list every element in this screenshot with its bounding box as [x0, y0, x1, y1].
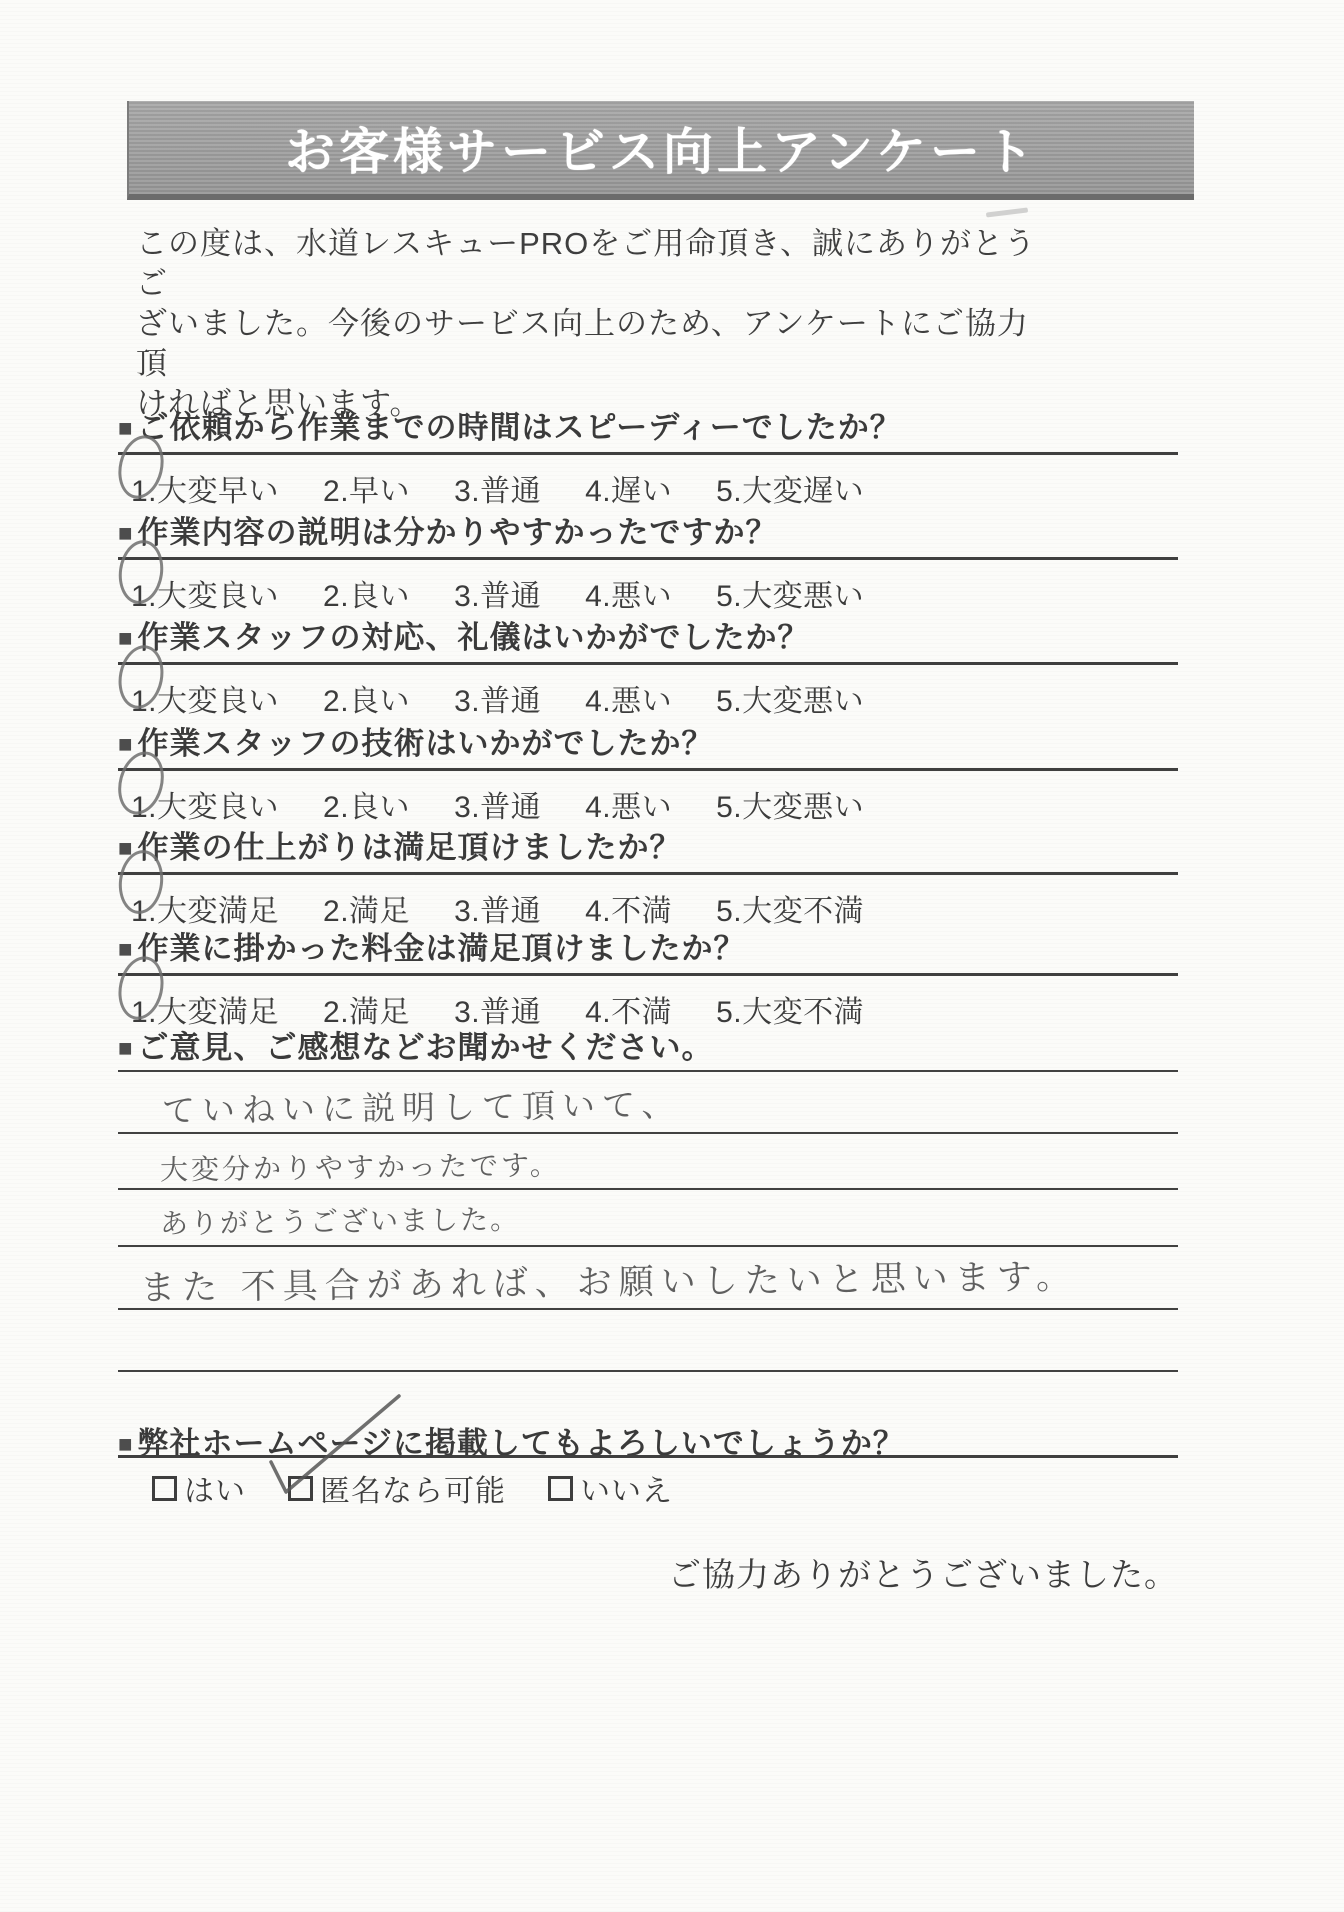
handwritten-comment-line: また 不具合があれば、お願いしたいと思います。: [140, 1249, 1078, 1310]
question-explanation: 作業内容の説明は分かりやすかったですか？ 1.大変良い 2.良い 3.普通 4.…: [118, 507, 1196, 615]
rating-option: 5.大変悪い: [716, 676, 864, 720]
footer-thanks: ご協力ありがとうございました。: [668, 1549, 1178, 1596]
divider-line: [118, 1455, 1178, 1458]
intro-line: この度は、水道レスキューPROをご用命頂き、誠にありがとうご: [136, 224, 1036, 304]
question-price-satisfaction: 作業に掛かった料金は満足頂けましたか？ 1.大変満足 2.満足 3.普通 4.不…: [118, 923, 1196, 1031]
comments-section-header: ご意見、ご感想などお聞かせください。: [118, 1022, 714, 1067]
rating-option: 3.普通: [454, 782, 541, 826]
comments-label: ご意見、ご感想などお聞かせください。: [138, 1030, 714, 1065]
checkbox-no: いいえ: [548, 1466, 673, 1510]
rating-option: 3.普通: [454, 676, 541, 720]
rating-option: 2.早い: [323, 466, 410, 510]
ruled-line: [118, 1070, 1178, 1072]
rating-option: 4.悪い: [585, 676, 672, 720]
question-label: ご依頼から作業までの時間はスピーディーでしたか？: [138, 410, 902, 445]
question-staff-skill: 作業スタッフの技術はいかがでしたか？ 1.大変良い 2.良い 3.普通 4.悪い…: [118, 718, 1196, 826]
page-title: お客様サービス向上アンケート: [285, 112, 1038, 184]
divider-line: [118, 557, 1178, 560]
rating-option: 5.大変不満: [716, 987, 864, 1031]
handwritten-comment-line: ていねいに説明して頂いて、: [162, 1079, 682, 1132]
divider-line: [118, 452, 1178, 455]
rating-option: 5.大変悪い: [716, 782, 864, 826]
question-label: 作業スタッフの技術はいかがでしたか？: [138, 726, 714, 761]
divider-line: [118, 768, 1178, 771]
rating-option: 2.良い: [323, 782, 410, 826]
question-label: 作業に掛かった料金は満足頂けましたか？: [138, 931, 746, 966]
ruled-line: [118, 1370, 1178, 1372]
ruled-line: [118, 1188, 1178, 1190]
divider-line: [118, 662, 1178, 665]
rating-option: 2.良い: [323, 676, 410, 720]
ruled-line: [118, 1245, 1178, 1247]
question-speed: ご依頼から作業までの時間はスピーディーでしたか？ 1.大変早い 2.早い 3.普…: [118, 402, 1196, 510]
handwritten-comment-line: 大変分かりやすかったです。: [160, 1144, 561, 1189]
question-staff-manners: 作業スタッフの対応、礼儀はいかがでしたか？ 1.大変良い 2.良い 3.普通 4…: [118, 612, 1196, 720]
handwritten-comment-line: ありがとうございました。: [160, 1198, 520, 1242]
publish-options-row: はい 匿名なら可能 いいえ: [152, 1466, 673, 1510]
question-label: 作業スタッフの対応、礼儀はいかがでしたか？: [138, 620, 810, 655]
question-finish-satisfaction: 作業の仕上がりは満足頂けましたか？ 1.大変満足 2.満足 3.普通 4.不満 …: [118, 822, 1196, 930]
rating-option: 4.悪い: [585, 571, 672, 615]
question-label: 作業の仕上がりは満足頂けましたか？: [138, 830, 682, 865]
rating-option: 2.良い: [323, 571, 410, 615]
checkbox-label: はい: [184, 1466, 246, 1510]
scan-artifact-mark: [986, 207, 1028, 217]
rating-option: 5.大変遅い: [716, 466, 864, 510]
checkbox-icon: [152, 1476, 177, 1501]
divider-line: [118, 973, 1178, 976]
question-label: 作業内容の説明は分かりやすかったですか？: [138, 515, 778, 550]
rating-option: 4.悪い: [585, 782, 672, 826]
square-bullet-icon: [118, 1030, 138, 1065]
intro-line: ざいました。今後のサービス向上のため、アンケートにご協力頂: [136, 304, 1036, 384]
checkbox-label: いいえ: [580, 1466, 673, 1510]
rating-option: 4.遅い: [585, 466, 672, 510]
survey-title-banner: お客様サービス向上アンケート: [127, 101, 1194, 200]
scanned-survey-document: お客様サービス向上アンケート この度は、水道レスキューPROをご用命頂き、誠にあ…: [0, 0, 1344, 1912]
ruled-line: [118, 1132, 1178, 1134]
divider-line: [118, 872, 1178, 875]
checkbox-icon: [288, 1476, 313, 1501]
rating-option: 3.普通: [454, 571, 541, 615]
checkbox-icon: [548, 1476, 573, 1501]
rating-option: 3.普通: [454, 466, 541, 510]
intro-paragraph: この度は、水道レスキューPROをご用命頂き、誠にありがとうご ざいました。今後の…: [136, 224, 1036, 424]
checkbox-anonymous-ok: 匿名なら可能: [288, 1466, 506, 1510]
rating-option: 5.大変悪い: [716, 571, 864, 615]
checkbox-yes: はい: [152, 1466, 246, 1510]
checkbox-label: 匿名なら可能: [320, 1466, 506, 1510]
